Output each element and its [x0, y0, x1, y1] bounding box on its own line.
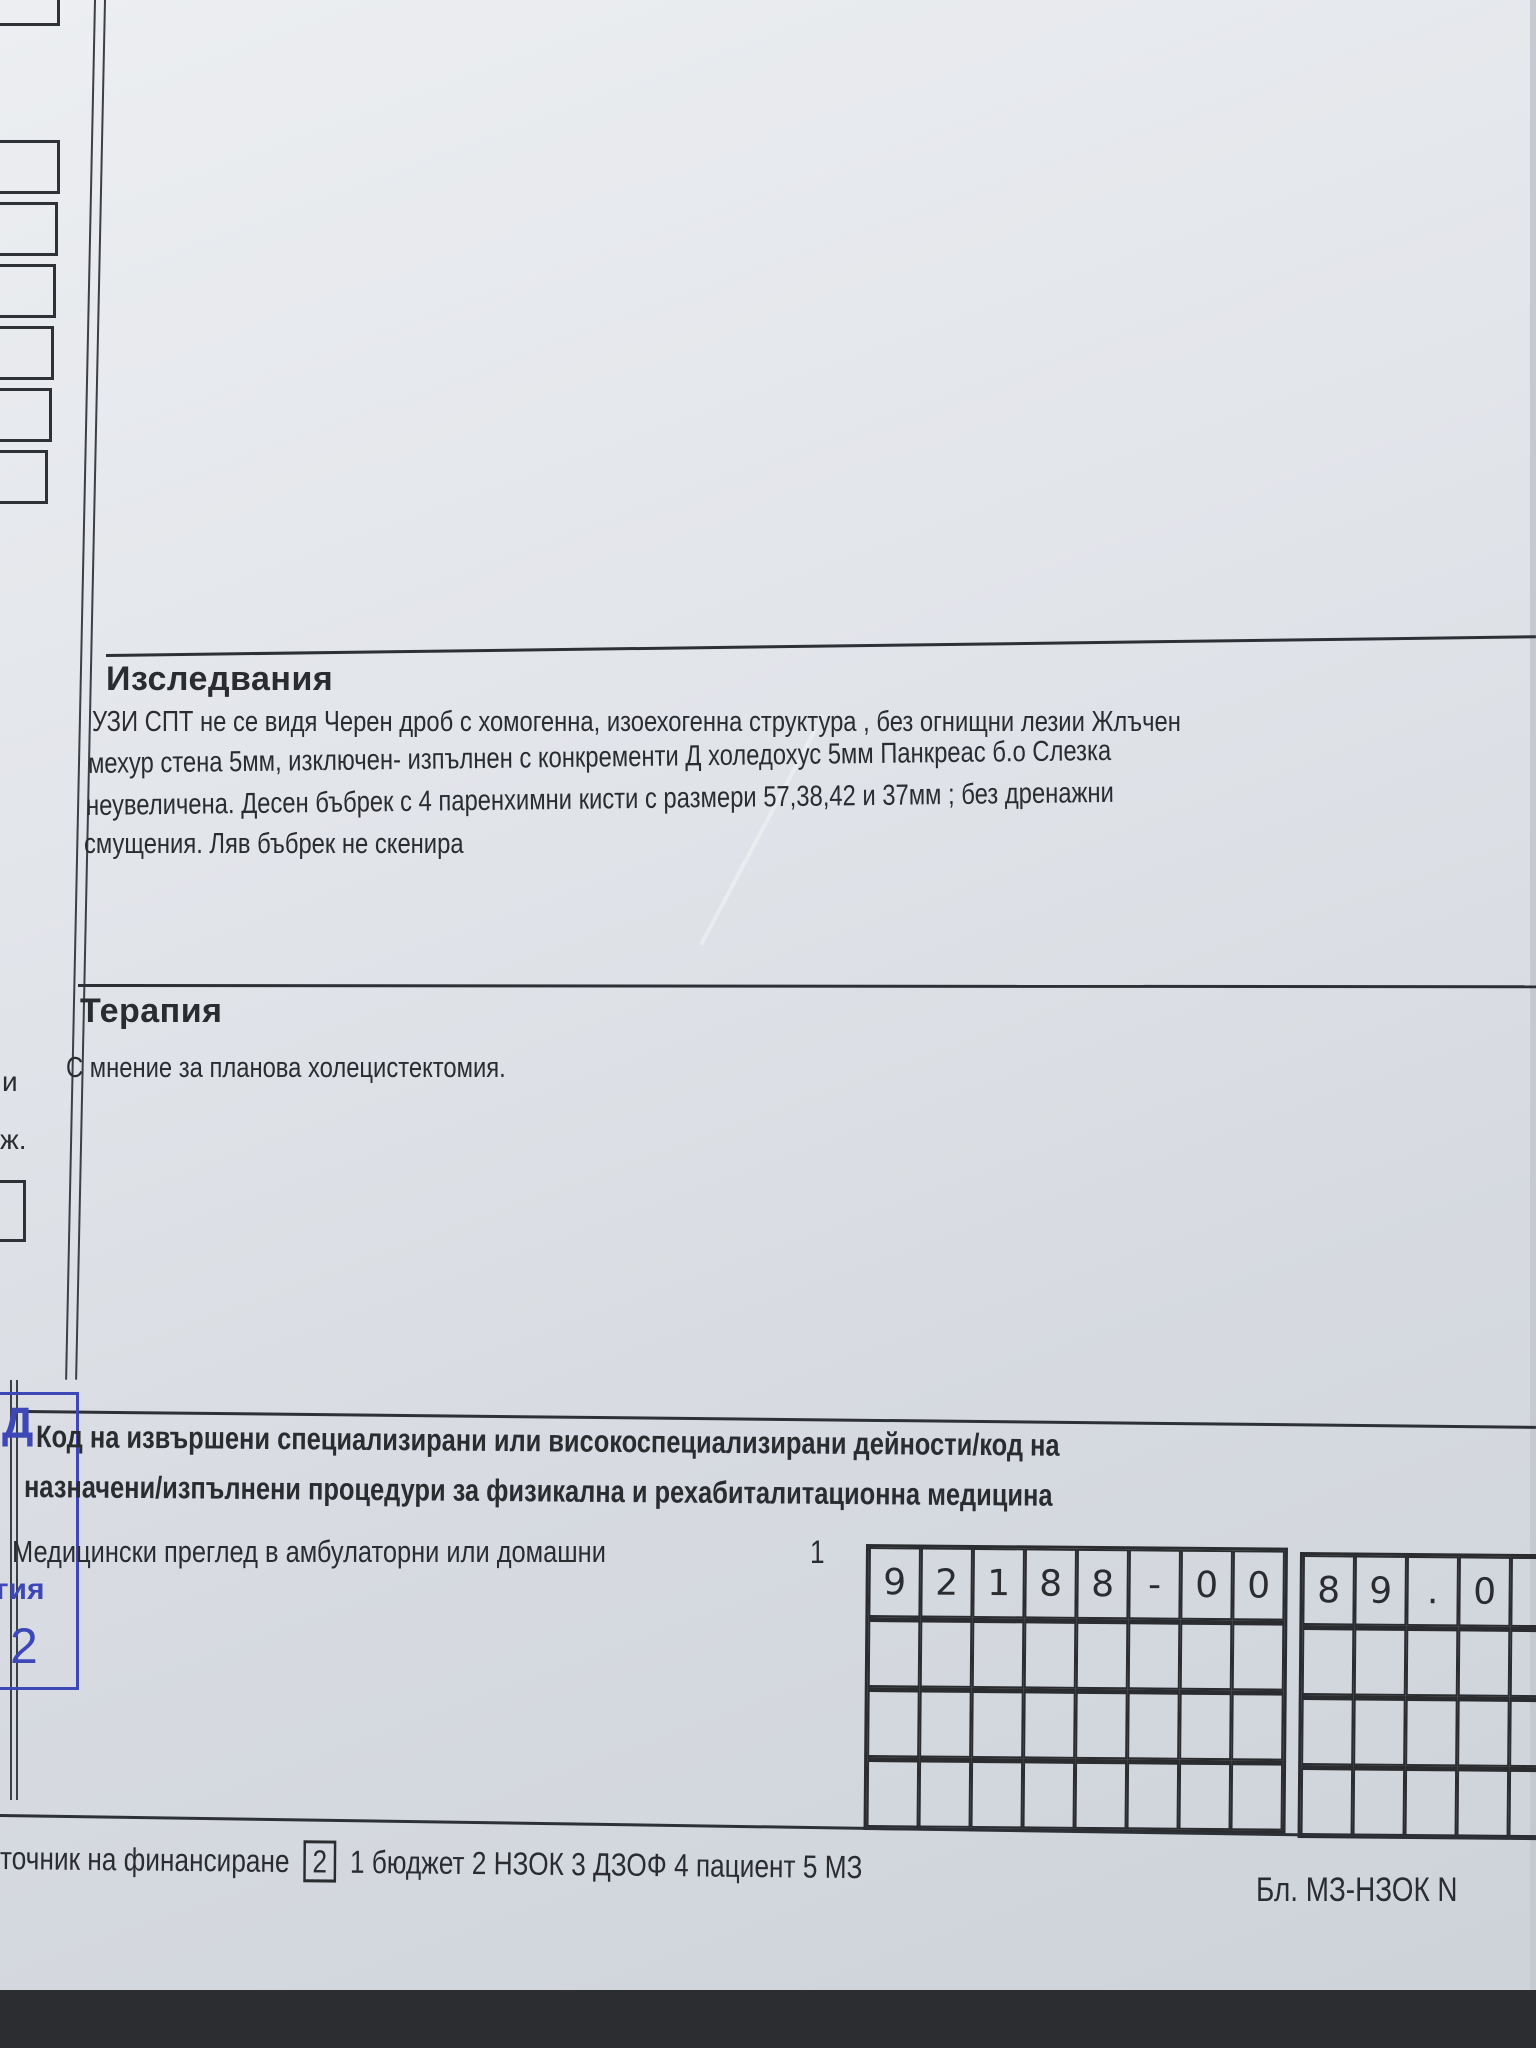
margin-checkbox: [0, 326, 54, 380]
code-cell: [1458, 1626, 1511, 1696]
form-code: Бл. МЗ-НЗОК N: [1256, 1868, 1458, 1912]
code-cell: [1301, 1695, 1354, 1765]
code-cell: [971, 1688, 1024, 1758]
procedure-entry-number: 1: [810, 1530, 825, 1574]
code-cell: [1510, 1557, 1536, 1627]
code-cell: [1405, 1766, 1458, 1836]
stamp-text: Д: [2, 1399, 33, 1449]
margin-text-fragment: и: [2, 1066, 18, 1098]
code-cell: [1509, 1767, 1536, 1837]
examinations-line: смущения. Ляв бъбрек не скенира: [84, 822, 464, 866]
financing-value-box: 2: [303, 1840, 336, 1882]
code-cell: [1510, 1627, 1536, 1697]
code-cell: [1353, 1765, 1406, 1835]
code-cell: [1180, 1620, 1233, 1690]
margin-checkbox: [0, 202, 58, 256]
financing-row: точник на финансиране 2 1 бюджет 2 НЗОК …: [0, 1834, 863, 1891]
code-cell: [1509, 1697, 1536, 1767]
margin-checkbox: [0, 0, 60, 26]
code-cell: [1023, 1688, 1076, 1758]
code-cell: [1301, 1765, 1354, 1835]
code-cell: 9: [1354, 1555, 1407, 1625]
code-cell: [868, 1617, 921, 1687]
financing-label: точник на финансиране: [0, 1840, 290, 1879]
code-cell: 0: [1232, 1550, 1285, 1620]
procedure-code-grid: 92188-00: [864, 1544, 1288, 1834]
code-cell: [1179, 1690, 1232, 1760]
code-cell: [972, 1618, 1025, 1688]
code-cell: [1231, 1760, 1284, 1830]
code-cell: 1: [972, 1548, 1025, 1618]
procedures-title-line: назначени/изпълнени процедури за физикал…: [24, 1464, 1053, 1519]
procedure-entry-label: Медицински преглед в амбулаторни или дом…: [12, 1530, 606, 1574]
code-cell: [1406, 1626, 1459, 1696]
code-cell: [919, 1757, 972, 1827]
code-cell: [1127, 1759, 1180, 1829]
margin-checkbox: [0, 140, 60, 194]
code-cell: .: [1406, 1556, 1459, 1626]
code-cell: 8: [1024, 1548, 1077, 1618]
margin-checkbox: [0, 264, 56, 318]
code-cell: [1128, 1619, 1181, 1689]
code-cell: 8: [1302, 1555, 1355, 1625]
financing-options: 1 бюджет 2 НЗОК 3 ДЗОФ 4 пациент 5 МЗ: [350, 1844, 863, 1885]
margin-checkbox: [0, 388, 52, 442]
code-cell: [1302, 1625, 1355, 1695]
code-cell: 9: [868, 1547, 921, 1617]
code-cell: [1457, 1696, 1510, 1766]
code-cell: [867, 1757, 920, 1827]
code-cell: [1354, 1625, 1407, 1695]
code-cell: 0: [1180, 1550, 1233, 1620]
code-cell: [1076, 1619, 1129, 1689]
code-cell: [1232, 1620, 1285, 1690]
code-cell: 8: [1076, 1549, 1129, 1619]
code-cell: [1023, 1758, 1076, 1828]
margin-checkbox: [0, 1180, 26, 1242]
code-cell: [1127, 1689, 1180, 1759]
code-cell: 0: [1458, 1556, 1511, 1626]
code-cell: [1231, 1690, 1284, 1760]
margin-text-fragment: ж.: [0, 1124, 27, 1156]
stamp-text: 2: [10, 1617, 38, 1675]
code-cell: [1024, 1618, 1077, 1688]
procedures-title-line: Код на извършени специализирани или висо…: [36, 1414, 1060, 1469]
code-cell: [1075, 1689, 1128, 1759]
code-cell: [867, 1687, 920, 1757]
procedure-code-grid-secondary: 89.0: [1298, 1552, 1536, 1840]
code-cell: [1075, 1759, 1128, 1829]
code-cell: [1457, 1766, 1510, 1836]
code-cell: [1353, 1695, 1406, 1765]
code-cell: [971, 1758, 1024, 1828]
therapy-title: Терапия: [80, 992, 222, 1031]
code-cell: [1405, 1696, 1458, 1766]
margin-checkbox: [0, 450, 48, 504]
stamp-text: гия: [0, 1573, 44, 1607]
examinations-title: Изследвания: [106, 660, 333, 699]
code-cell: -: [1128, 1549, 1181, 1619]
code-cell: [919, 1687, 972, 1757]
code-cell: 2: [920, 1547, 973, 1617]
background-surface: [0, 1990, 1536, 2048]
code-cell: [1179, 1760, 1232, 1830]
code-cell: [920, 1617, 973, 1687]
therapy-text: С мнение за планова холецистектомия.: [66, 1046, 506, 1090]
